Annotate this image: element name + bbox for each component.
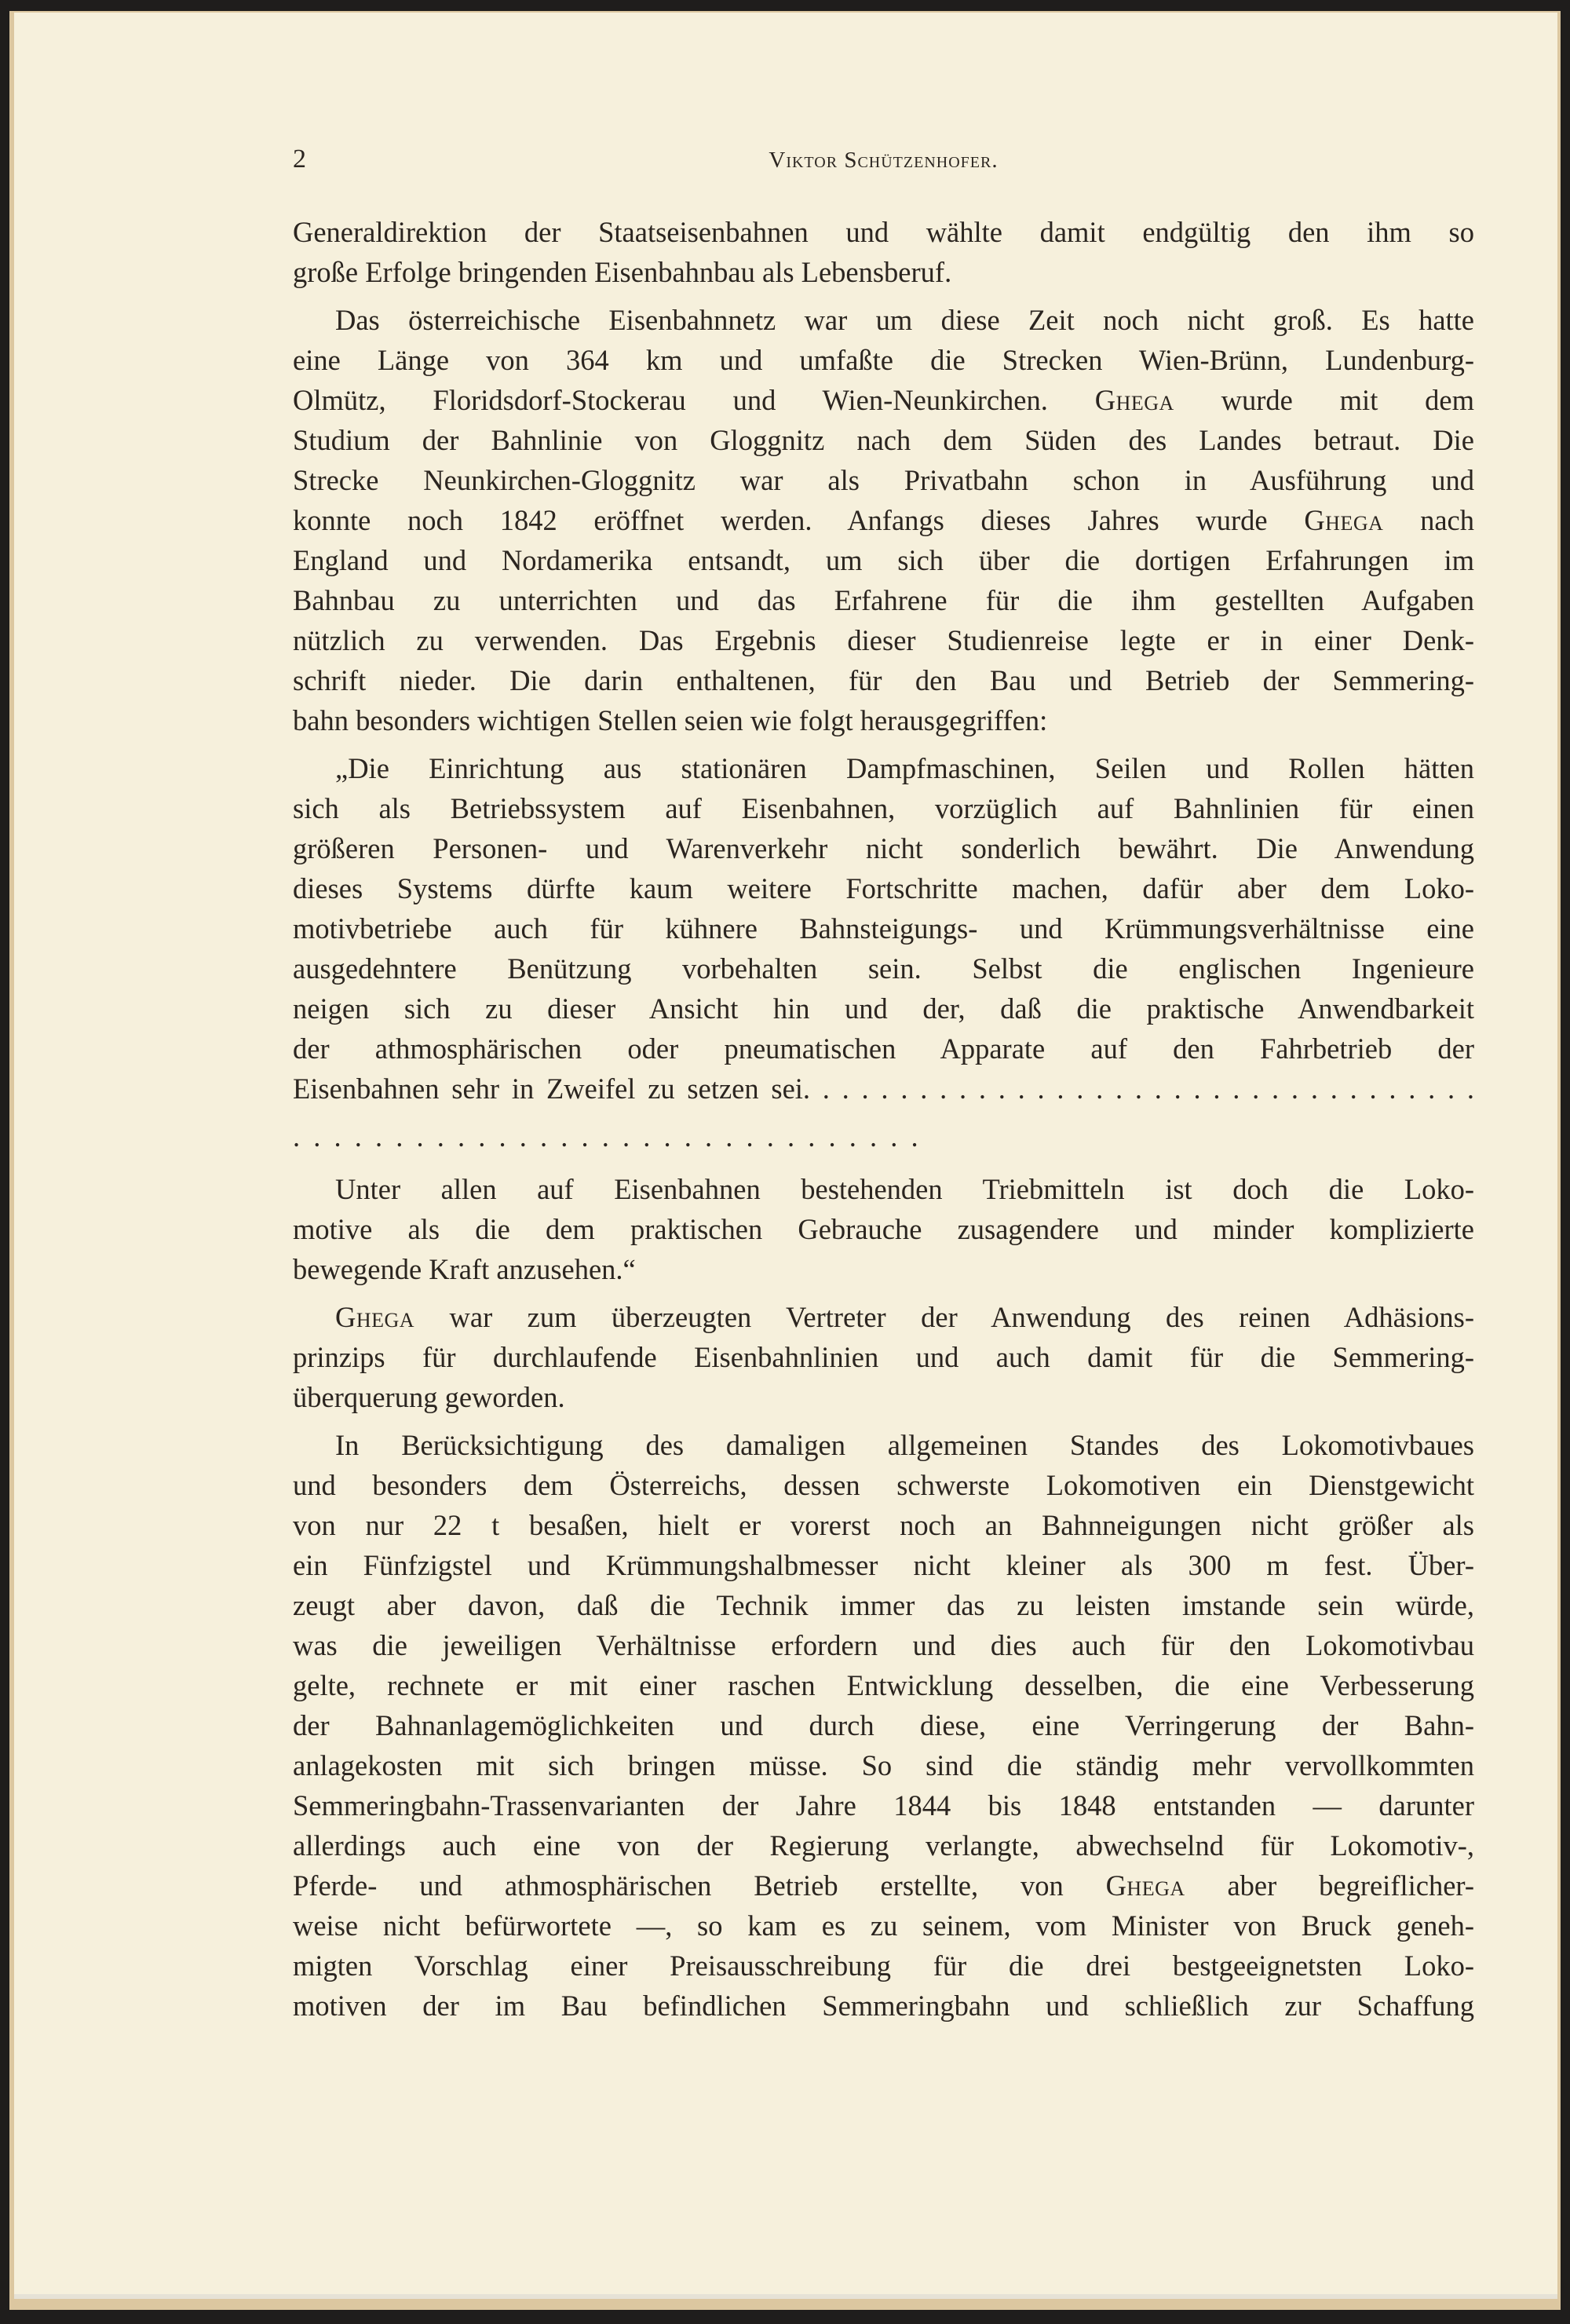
text-line: . . . . . . . . . . . . . . . . . . . . … — [293, 1116, 1474, 1157]
text-line: was die jeweiligen Verhältnisse erforder… — [293, 1625, 1474, 1665]
text-line: motivbetriebe auch für kühnere Bahnsteig… — [293, 908, 1474, 948]
text-line: ausgedehntere Benützung vorbehalten sein… — [293, 948, 1474, 988]
text-line: allerdings auch eine von der Regierung v… — [293, 1825, 1474, 1865]
text-line: bewegende Kraft anzusehen.“ — [293, 1249, 1474, 1289]
text-line: prinzips für durchlaufende Eisenbahnlini… — [293, 1337, 1474, 1377]
book-page: 2 Viktor Schützenhofer. Generaldirektion… — [14, 13, 1557, 2299]
author-name-smallcaps: Ghega — [1095, 384, 1174, 416]
text-line: eine Länge von 364 km und umfaßte die St… — [293, 340, 1474, 380]
text-line: weise nicht befürwortete —, so kam es zu… — [293, 1906, 1474, 1946]
text-line: Studium der Bahnlinie von Gloggnitz nach… — [293, 420, 1474, 460]
text-line: ein Fünfzigstel und Krümmungshalbmesser … — [293, 1545, 1474, 1585]
body-text: Generaldirektion der Staatseisenbahnen u… — [293, 212, 1474, 2033]
paragraph: Ghega war zum überzeugten Vertreter der … — [293, 1297, 1474, 1417]
paragraph: In Berücksichtigung des damaligen allgem… — [293, 1425, 1474, 2026]
text-line: gelte, rechnete er mit einer raschen Ent… — [293, 1665, 1474, 1705]
author-name-smallcaps: Ghega — [1304, 504, 1383, 536]
text-line: und besonders dem Österreichs, dessen sc… — [293, 1465, 1474, 1505]
running-title: Viktor Schützenhofer. — [293, 148, 1474, 174]
running-head: 2 Viktor Schützenhofer. — [293, 144, 1474, 184]
text-line: schrift nieder. Die darin enthaltenen, f… — [293, 660, 1474, 700]
paragraph: Generaldirektion der Staatseisenbahnen u… — [293, 212, 1474, 292]
text-line: konnte noch 1842 eröffnet werden. Anfang… — [293, 500, 1474, 540]
text-line: migten Vorschlag einer Preisausschreibun… — [293, 1946, 1474, 1986]
text-line: „Die Einrichtung aus stationären Dampfma… — [293, 748, 1474, 788]
paragraph: Das österreichische Eisenbahnnetz war um… — [293, 300, 1474, 740]
text-line: neigen sich zu dieser Ansicht hin und de… — [293, 988, 1474, 1029]
text-line: der athmosphärischen oder pneumatischen … — [293, 1029, 1474, 1069]
text-line: Generaldirektion der Staatseisenbahnen u… — [293, 212, 1474, 252]
text-line: sich als Betriebssystem auf Eisenbahnen,… — [293, 788, 1474, 828]
text-line: zeugt aber davon, daß die Technik immer … — [293, 1585, 1474, 1625]
text-line: der Bahnanlagemöglichkeiten und durch di… — [293, 1705, 1474, 1745]
ellipsis-line: . . . . . . . . . . . . . . . . . . . . … — [293, 1116, 1474, 1157]
text-line: Olmütz, Floridsdorf-Stockerau und Wien-N… — [293, 380, 1474, 420]
text-line: In Berücksichtigung des damaligen allgem… — [293, 1425, 1474, 1465]
text-line: anlagekosten mit sich bringen müsse. So … — [293, 1745, 1474, 1785]
text-line: motiven der im Bau befindlichen Semmerin… — [293, 1986, 1474, 2026]
text-line: von nur 22 t besaßen, hielt er vorerst n… — [293, 1505, 1474, 1545]
paragraph: Unter allen auf Eisenbahnen bestehenden … — [293, 1169, 1474, 1289]
quotation-paragraph: „Die Einrichtung aus stationären Dampfma… — [293, 748, 1474, 1109]
author-name-smallcaps: Ghega — [1106, 1869, 1185, 1902]
text-line: Bahnbau zu unterrichten und das Erfahren… — [293, 580, 1474, 620]
text-line: Strecke Neunkirchen-Gloggnitz war als Pr… — [293, 460, 1474, 500]
text-line: nützlich zu verwenden. Das Ergebnis dies… — [293, 620, 1474, 660]
text-line: Eisenbahnen sehr in Zweifel zu setzen se… — [293, 1069, 1474, 1109]
author-name-smallcaps: Ghega — [335, 1301, 414, 1333]
text-line: überquerung geworden. — [293, 1377, 1474, 1417]
text-line: Semmeringbahn-Trassenvarianten der Jahre… — [293, 1785, 1474, 1825]
text-line: Ghega war zum überzeugten Vertreter der … — [293, 1297, 1474, 1337]
text-line: bahn besonders wichtigen Stellen seien w… — [293, 700, 1474, 740]
text-line: Das österreichische Eisenbahnnetz war um… — [293, 300, 1474, 340]
text-line: dieses Systems dürfte kaum weitere Forts… — [293, 868, 1474, 908]
text-line: große Erfolge bringenden Eisenbahnbau al… — [293, 252, 1474, 292]
text-line: motive als die dem praktischen Gebrauche… — [293, 1209, 1474, 1249]
text-line: größeren Personen- und Warenverkehr nich… — [293, 828, 1474, 868]
text-line: England und Nordamerika entsandt, um sic… — [293, 540, 1474, 580]
text-line: Unter allen auf Eisenbahnen bestehenden … — [293, 1169, 1474, 1209]
text-line: Pferde- und athmosphärischen Betrieb ers… — [293, 1865, 1474, 1906]
